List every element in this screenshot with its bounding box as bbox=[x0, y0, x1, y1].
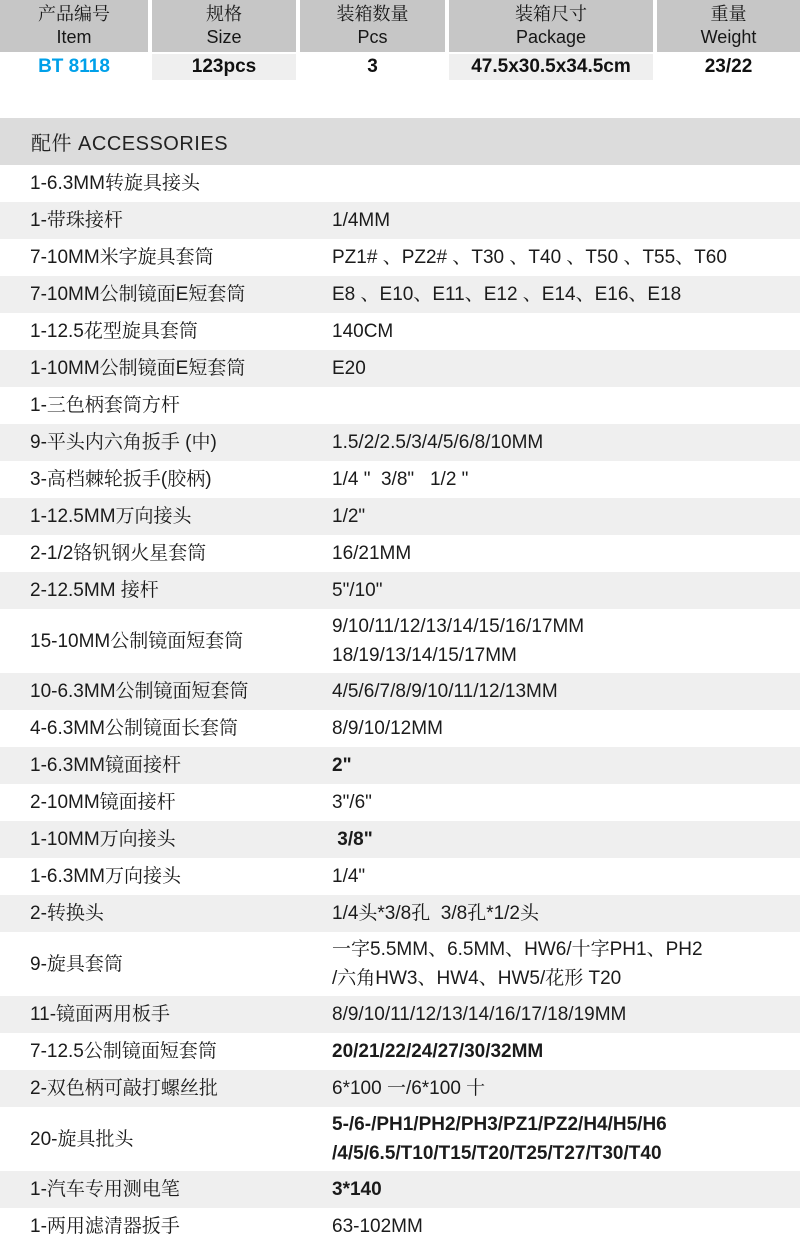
accessory-row: 7-10MM米字旋具套筒PZ1# 、PZ2# 、T30 、T40 、T50 、T… bbox=[0, 239, 800, 276]
accessory-spec: 16/21MM bbox=[332, 539, 792, 568]
column-header-size: 规格 Size bbox=[152, 0, 296, 52]
accessory-row: 10-6.3MM公制镜面短套筒4/5/6/7/8/9/10/11/12/13MM bbox=[0, 673, 800, 710]
accessory-spec: 20/21/22/24/27/30/32MM bbox=[332, 1037, 792, 1066]
accessory-spec: 3*140 bbox=[332, 1175, 792, 1204]
accessory-spec: 1/4" bbox=[332, 862, 792, 891]
accessory-spec: 3/8" bbox=[332, 825, 792, 854]
accessory-spec: 5-/6-/PH1/PH2/PH3/PZ1/PZ2/H4/H5/H6 /4/5/… bbox=[332, 1110, 792, 1168]
accessory-spec: 1/4 " 3/8" 1/2 " bbox=[332, 465, 792, 494]
accessory-row: 2-双色柄可敲打螺丝批6*100 一/6*100 十 bbox=[0, 1070, 800, 1107]
accessory-row: 9-旋具套筒一字5.5MM、6.5MM、HW6/十字PH1、PH2 /六角HW3… bbox=[0, 932, 800, 996]
accessory-name: 1-汽车专用测电笔 bbox=[30, 1175, 332, 1204]
accessory-spec: 3"/6" bbox=[332, 788, 792, 817]
accessories-section-header: 配件 ACCESSORIES bbox=[0, 118, 800, 165]
accessory-name: 7-12.5公制镜面短套筒 bbox=[30, 1037, 332, 1066]
accessory-name: 1-6.3MM万向接头 bbox=[30, 862, 332, 891]
packing-table: 产品编号 Item 规格 Size 装箱数量 Pcs 装箱尺寸 Package … bbox=[0, 0, 800, 80]
accessory-row: 9-平头内六角扳手 (中)1.5/2/2.5/3/4/5/6/8/10MM bbox=[0, 424, 800, 461]
accessory-row: 1-6.3MM万向接头1/4" bbox=[0, 858, 800, 895]
accessory-spec: 5"/10" bbox=[332, 576, 792, 605]
accessory-spec: E20 bbox=[332, 354, 792, 383]
accessory-name: 7-10MM公制镜面E短套筒 bbox=[30, 280, 332, 309]
accessory-spec: 2" bbox=[332, 751, 792, 780]
column-header-package-en: Package bbox=[516, 26, 586, 49]
accessory-name: 2-双色柄可敲打螺丝批 bbox=[30, 1074, 332, 1103]
product-pcs: 3 bbox=[300, 54, 445, 80]
accessory-row: 2-10MM镜面接杆3"/6" bbox=[0, 784, 800, 821]
accessory-name: 2-12.5MM 接杆 bbox=[30, 576, 332, 605]
accessory-spec: 1/4MM bbox=[332, 206, 792, 235]
column-header-weight-zh: 重量 bbox=[711, 3, 747, 26]
column-header-item-zh: 产品编号 bbox=[38, 3, 110, 26]
accessory-spec: 一字5.5MM、6.5MM、HW6/十字PH1、PH2 /六角HW3、HW4、H… bbox=[332, 935, 792, 993]
accessory-row: 20-旋具批头5-/6-/PH1/PH2/PH3/PZ1/PZ2/H4/H5/H… bbox=[0, 1107, 800, 1171]
accessory-spec: 140CM bbox=[332, 317, 792, 346]
product-weight: 23/22 bbox=[657, 54, 800, 80]
accessory-row: 1-10MM公制镜面E短套筒E20 bbox=[0, 350, 800, 387]
accessory-name: 11-镜面两用板手 bbox=[30, 1000, 332, 1029]
accessories-section-title: 配件 ACCESSORIES bbox=[31, 127, 228, 156]
accessory-spec: 4/5/6/7/8/9/10/11/12/13MM bbox=[332, 677, 792, 706]
column-header-weight: 重量 Weight bbox=[657, 0, 800, 52]
accessory-name: 1-12.5花型旋具套筒 bbox=[30, 317, 332, 346]
accessory-row: 7-10MM公制镜面E短套筒E8 、E10、E11、E12 、E14、E16、E… bbox=[0, 276, 800, 313]
accessory-name: 9-旋具套筒 bbox=[30, 950, 332, 979]
accessory-row: 1-三色柄套筒方杆 bbox=[0, 387, 800, 424]
accessory-row: 15-10MM公制镜面短套筒9/10/11/12/13/14/15/16/17M… bbox=[0, 609, 800, 673]
accessory-row: 1-汽车专用测电笔3*140 bbox=[0, 1171, 800, 1208]
accessory-spec: 1/4头*3/8孔 3/8孔*1/2头 bbox=[332, 899, 792, 928]
accessory-spec: 8/9/10/11/12/13/14/16/17/18/19MM bbox=[332, 1000, 792, 1029]
product-code: BT 8118 bbox=[0, 54, 148, 80]
column-header-package: 装箱尺寸 Package bbox=[449, 0, 653, 52]
column-header-pcs-en: Pcs bbox=[357, 26, 387, 49]
accessory-name: 2-转换头 bbox=[30, 899, 332, 928]
accessory-name: 7-10MM米字旋具套筒 bbox=[30, 243, 332, 272]
accessory-spec: 1.5/2/2.5/3/4/5/6/8/10MM bbox=[332, 428, 792, 457]
packing-table-header: 产品编号 Item 规格 Size 装箱数量 Pcs 装箱尺寸 Package … bbox=[0, 0, 800, 52]
accessory-row: 2-1/2铬钒钢火星套筒16/21MM bbox=[0, 535, 800, 572]
accessory-name: 20-旋具批头 bbox=[30, 1125, 332, 1154]
accessory-row: 1-6.3MM镜面接杆2" bbox=[0, 747, 800, 784]
accessory-name: 1-12.5MM万向接头 bbox=[30, 502, 332, 531]
accessory-name: 2-1/2铬钒钢火星套筒 bbox=[30, 539, 332, 568]
accessory-name: 1-6.3MM镜面接杆 bbox=[30, 751, 332, 780]
column-header-weight-en: Weight bbox=[701, 26, 757, 49]
column-header-size-en: Size bbox=[206, 26, 241, 49]
column-header-package-zh: 装箱尺寸 bbox=[515, 3, 587, 26]
column-header-pcs: 装箱数量 Pcs bbox=[300, 0, 445, 52]
accessory-spec: 1/2" bbox=[332, 502, 792, 531]
accessory-row: 2-转换头1/4头*3/8孔 3/8孔*1/2头 bbox=[0, 895, 800, 932]
accessory-spec: 9/10/11/12/13/14/15/16/17MM 18/19/13/14/… bbox=[332, 612, 792, 670]
accessory-name: 1-三色柄套筒方杆 bbox=[30, 391, 332, 420]
column-header-item: 产品编号 Item bbox=[0, 0, 148, 52]
accessory-name: 4-6.3MM公制镜面长套筒 bbox=[30, 714, 332, 743]
accessory-name: 1-两用滤清器扳手 bbox=[30, 1212, 332, 1241]
accessory-row: 4-6.3MM公制镜面长套筒8/9/10/12MM bbox=[0, 710, 800, 747]
accessory-row: 11-镜面两用板手8/9/10/11/12/13/14/16/17/18/19M… bbox=[0, 996, 800, 1033]
column-header-size-zh: 规格 bbox=[206, 3, 242, 26]
accessory-name: 1-10MM万向接头 bbox=[30, 825, 332, 854]
accessory-row: 7-12.5公制镜面短套筒20/21/22/24/27/30/32MM bbox=[0, 1033, 800, 1070]
accessory-name: 2-10MM镜面接杆 bbox=[30, 788, 332, 817]
product-package: 47.5x30.5x34.5cm bbox=[449, 54, 653, 80]
accessory-row: 1-12.5MM万向接头1/2" bbox=[0, 498, 800, 535]
packing-table-value-row: BT 8118 123pcs 3 47.5x30.5x34.5cm 23/22 bbox=[0, 54, 800, 80]
accessory-name: 1-10MM公制镜面E短套筒 bbox=[30, 354, 332, 383]
accessory-name: 3-高档棘轮扳手(胶柄) bbox=[30, 465, 332, 494]
accessory-row: 2-12.5MM 接杆5"/10" bbox=[0, 572, 800, 609]
accessory-row: 1-带珠接杆1/4MM bbox=[0, 202, 800, 239]
accessory-row: 1-10MM万向接头 3/8" bbox=[0, 821, 800, 858]
accessory-spec: E8 、E10、E11、E12 、E14、E16、E18 bbox=[332, 280, 792, 309]
accessory-spec: 6*100 一/6*100 十 bbox=[332, 1074, 792, 1103]
column-header-item-en: Item bbox=[56, 26, 91, 49]
accessory-spec: 63-102MM bbox=[332, 1212, 792, 1241]
accessory-row: 1-12.5花型旋具套筒140CM bbox=[0, 313, 800, 350]
accessories-list: 1-6.3MM转旋具接头1-带珠接杆1/4MM7-10MM米字旋具套筒PZ1# … bbox=[0, 165, 800, 1245]
accessory-name: 10-6.3MM公制镜面短套筒 bbox=[30, 677, 332, 706]
accessory-row: 3-高档棘轮扳手(胶柄)1/4 " 3/8" 1/2 " bbox=[0, 461, 800, 498]
product-size: 123pcs bbox=[152, 54, 296, 80]
accessory-spec: 8/9/10/12MM bbox=[332, 714, 792, 743]
accessory-row: 1-两用滤清器扳手63-102MM bbox=[0, 1208, 800, 1245]
accessory-name: 1-6.3MM转旋具接头 bbox=[30, 169, 332, 198]
accessory-row: 1-6.3MM转旋具接头 bbox=[0, 165, 800, 202]
column-header-pcs-zh: 装箱数量 bbox=[337, 3, 409, 26]
accessory-name: 9-平头内六角扳手 (中) bbox=[30, 428, 332, 457]
accessory-name: 1-带珠接杆 bbox=[30, 206, 332, 235]
product-spec-sheet: 产品编号 Item 规格 Size 装箱数量 Pcs 装箱尺寸 Package … bbox=[0, 0, 800, 1249]
accessory-spec: PZ1# 、PZ2# 、T30 、T40 、T50 、T55、T60 bbox=[332, 243, 792, 272]
accessory-name: 15-10MM公制镜面短套筒 bbox=[30, 627, 332, 656]
